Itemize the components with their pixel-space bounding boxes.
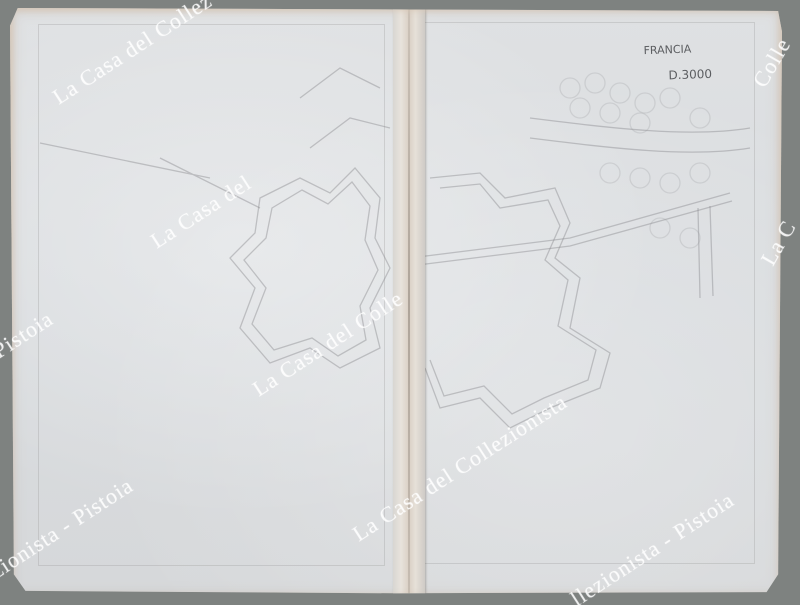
pencil-annotation: FRANCIA D.3000 (643, 43, 712, 82)
pencil-line-code: D.3000 (668, 68, 712, 82)
pencil-line-country: FRANCIA (643, 43, 691, 58)
